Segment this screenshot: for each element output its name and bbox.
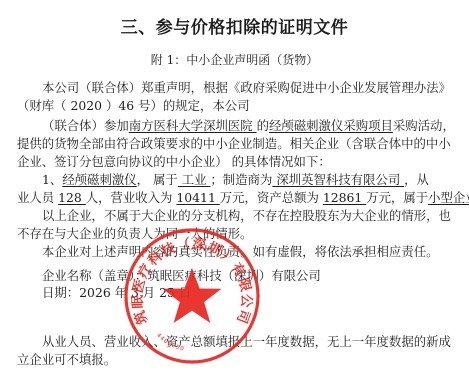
date-line: 日期：2026 年 3 月 25 日	[42, 285, 191, 301]
buyer-name: 南方医科大学深圳医院	[129, 118, 257, 133]
date-value: 2026 年 3 月 25 日	[79, 285, 191, 300]
paragraph-responsibility: 本企业对上述声明内容的真实性负责。如有虚假，将依法承担相应责任。	[42, 244, 439, 260]
paragraph-declaration-line2: （财库（ 2020 ）46 号）的规定，本公司	[17, 98, 250, 114]
company-signature-line: 企业名称（盖章）：筑眠医疗科技（深圳）有限公司	[42, 268, 321, 284]
date-label: 日期：	[42, 285, 79, 300]
paragraph-participation-line1: （联合体）参加南方医科大学深圳医院 的经颅磁刺激仪采购项目采购活动，	[42, 118, 455, 134]
staff-count: 128	[58, 190, 86, 205]
belongs-label: ， 属于	[137, 172, 178, 187]
participation-suffix: 采购活动，	[393, 118, 455, 133]
paragraph-participation-line2: 提供的货物全部由符合政策要求的中小企业制造。相关企业（含联合体中的中小	[17, 136, 451, 152]
item-number: 1、	[42, 172, 62, 187]
note-line1: 从业人员、营业收入、资产总额填报上一年度数据，无上一年度数据的新成	[42, 334, 451, 350]
paragraph-declaration-line1: 本公司（联合体）郑重声明，根据《政府采购促进中小企业发展管理办法》	[42, 80, 451, 96]
product-name: 经颅磁刺激仪	[62, 172, 136, 187]
document-page: 三、参与价格扣除的证明文件 附 1：中小企业声明函（货物） 本公司（联合体）郑重…	[0, 0, 469, 377]
page-title: 三、参与价格扣除的证明文件	[0, 13, 469, 38]
participation-mid: 的	[257, 118, 269, 133]
item-1-line2: 业人员 128 人，营业收入为 10411 万元，资产总额为 12861 万元，…	[17, 190, 469, 206]
page-subtitle: 附 1：中小企业声明函（货物）	[0, 51, 469, 68]
manufacturer-name: 深圳英智科技有限公司	[272, 172, 404, 187]
assets-value: 12861	[323, 190, 366, 205]
participation-prefix: （联合体）参加	[42, 118, 129, 133]
paragraph-participation-line3: 企业、签订分包意向协议的中小企业） 的具体情况如下：	[17, 154, 331, 170]
paragraph-independence-line1: 以上企业，不属于大企业的分支机构，不存在控股股东为大企业的情形，也	[42, 208, 451, 224]
maker-label: ；制造商为	[210, 172, 272, 187]
note-line2: 立企业可不填报。	[17, 352, 116, 368]
company-label: 企业名称（盖章）：	[42, 268, 147, 283]
item-tail: ，从	[404, 172, 429, 187]
assets-label: 万元，资产总额为	[220, 190, 323, 205]
item-1-line1: 1、经颅磁刺激仪， 属于 工业 ；制造商为 深圳英智科技有限公司 ，从	[42, 172, 429, 188]
size-label: 万元，属于	[366, 190, 428, 205]
revenue-value: 10411	[176, 190, 219, 205]
enterprise-size: 小型企业	[428, 190, 469, 205]
revenue-label: 人，营业收入为	[86, 190, 177, 205]
project-name: 经颅磁刺激仪采购项目	[269, 118, 393, 133]
industry-value: 工业	[178, 172, 211, 187]
paragraph-independence-line2: 不存在与大企业的负责人为同一人的情形。	[17, 226, 252, 242]
company-name: 筑眠医疗科技（深圳）有限公司	[147, 268, 320, 283]
staff-label: 业人员	[17, 190, 58, 205]
